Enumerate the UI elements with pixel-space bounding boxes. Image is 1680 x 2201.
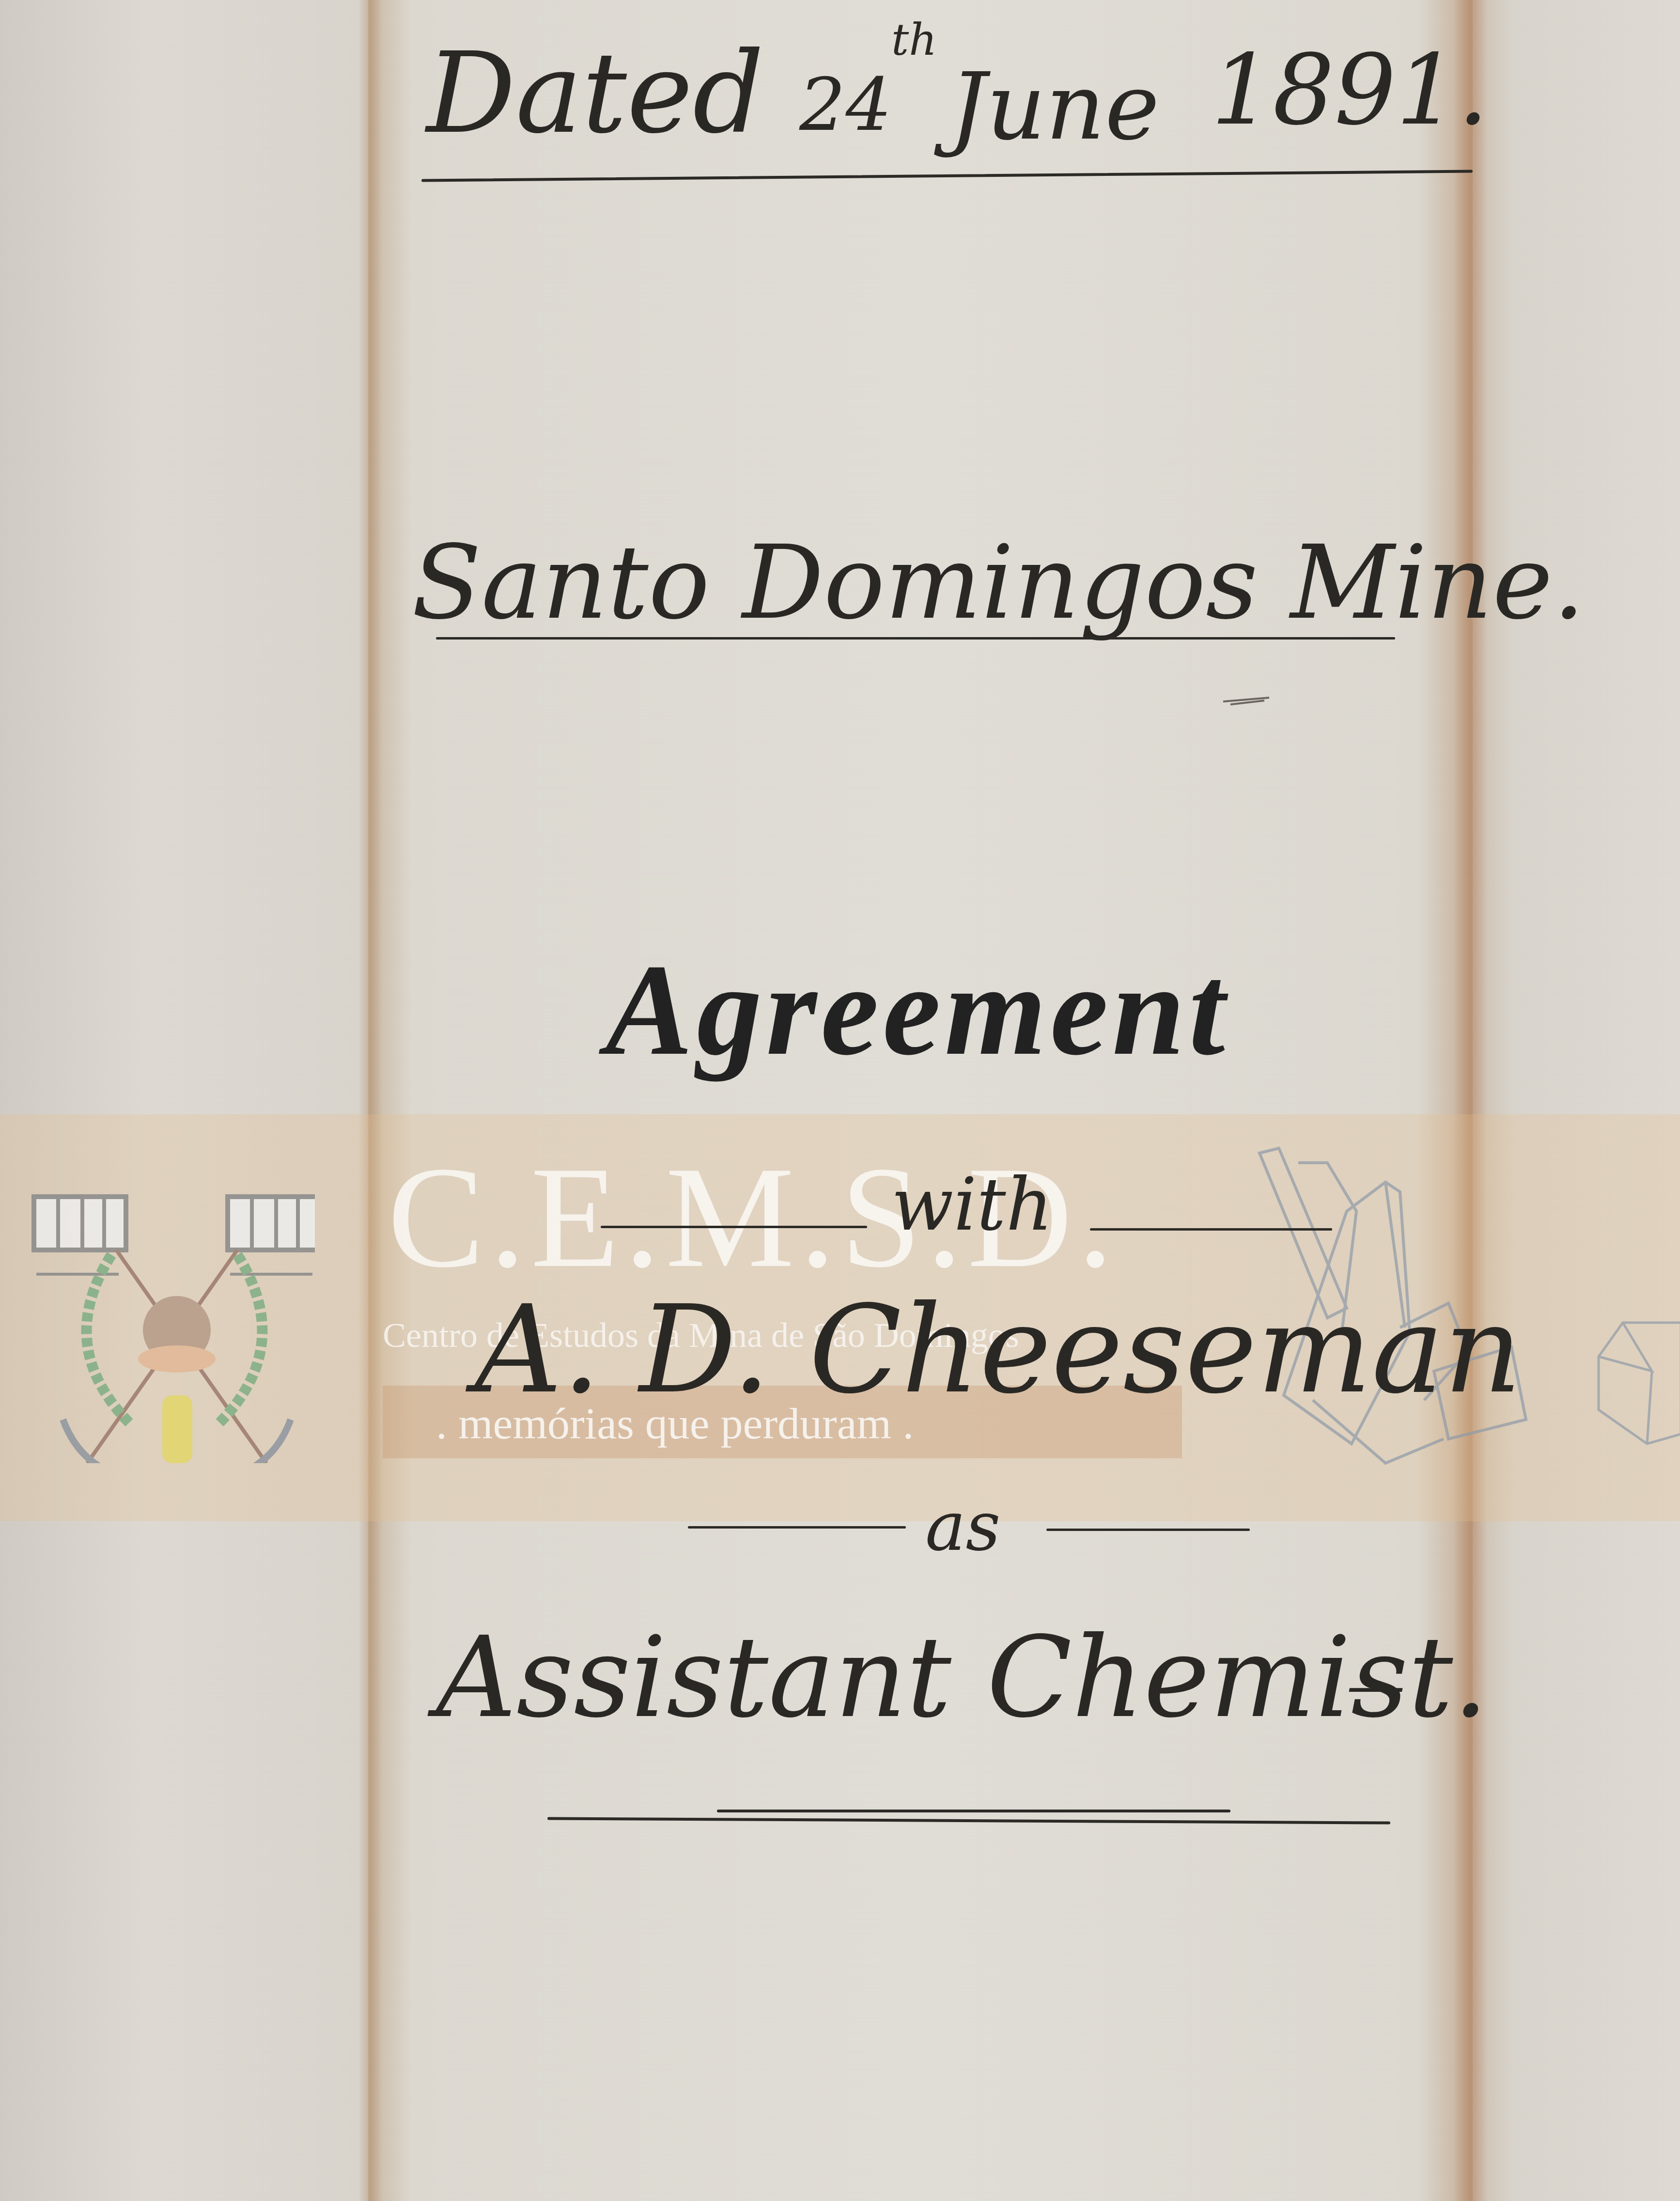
closing-rule-upper xyxy=(717,1810,1230,1812)
dated-year: 1891. xyxy=(1211,34,1489,147)
mine-name-underline xyxy=(436,637,1395,640)
agreement-title: Agreement xyxy=(606,935,1229,1085)
right-fold-stain xyxy=(1453,0,1487,2201)
right-paper-flap xyxy=(1473,0,1680,2201)
position-trailing-mark: — xyxy=(1347,1652,1405,1719)
as-rule-left xyxy=(688,1526,906,1529)
mining-emblem-icon xyxy=(15,1163,315,1463)
dated-month: June xyxy=(949,53,1159,160)
connector-as: as xyxy=(925,1487,1000,1566)
with-rule-left xyxy=(601,1226,867,1228)
crystal-icon xyxy=(1589,1308,1680,1453)
with-rule-right xyxy=(1090,1228,1332,1231)
party-name: A. D. Cheeseman xyxy=(475,1279,1522,1420)
ink-mark-icon xyxy=(1221,693,1274,707)
connector-with: with xyxy=(891,1163,1053,1247)
left-paper-flap xyxy=(0,0,368,2201)
dated-day: 24 xyxy=(799,63,892,147)
position-title: Assistant Chemist. xyxy=(436,1613,1488,1743)
document-cover-panel xyxy=(368,0,1473,2201)
dated-label: Dated xyxy=(426,29,764,158)
left-fold-stain xyxy=(358,0,383,2201)
dated-day-suffix: th xyxy=(891,15,937,65)
as-rule-right xyxy=(1046,1529,1250,1531)
mine-name: Santo Domingos Mine. xyxy=(412,523,1585,642)
